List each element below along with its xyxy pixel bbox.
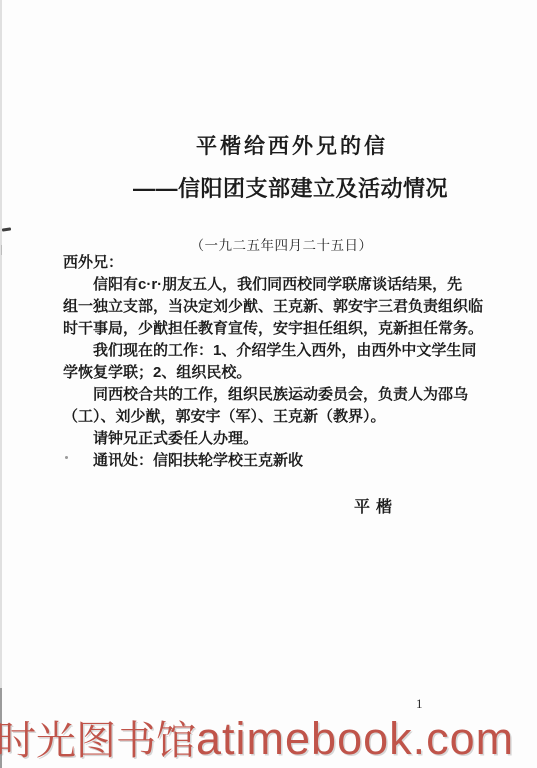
watermark-latin-text: atimebook.com [196, 713, 514, 765]
letter-line: 请钟兄正式委任人办理。 [63, 428, 487, 450]
letter-date: （一九二五年四月二十五日） [0, 234, 537, 254]
letter-line: 信阳有c·r·朋友五人，我们同西校同学联席谈话结果，先 [63, 274, 487, 296]
letter-line: 同西校合共的工作，组织民族运动委员会，负责人为邵乌 [63, 384, 487, 406]
watermark: 时光图书馆atimebook.com [0, 709, 514, 766]
letter-body: 西外兄： 信阳有c·r·朋友五人，我们同西校同学联席谈话结果，先 组一独立支部，… [63, 252, 487, 472]
letter-title: 平楷给西外兄的信 [0, 130, 537, 160]
letter-subtitle: ——信阳团支部建立及活动情况 [0, 172, 537, 203]
letter-line: 学恢复学联；2、组织民校。 [63, 362, 487, 384]
letter-line: 组一独立支部，当决定刘少猷、王克新、郭安宇三君负责组织临 [63, 296, 487, 318]
scan-artifact-tick [2, 227, 11, 231]
letter-line: 我们现在的工作：1、介绍学生入西外，由西外中文学生同 [63, 340, 487, 362]
signature: 平楷 [354, 494, 398, 517]
scanned-letter-page: 平楷给西外兄的信 ——信阳团支部建立及活动情况 （一九二五年四月二十五日） 西外… [0, 0, 537, 768]
letter-line: 时干事局，少猷担任教育宣传，安宇担任组织，克新担任常务。 [63, 318, 487, 340]
scan-edge-line [0, 0, 2, 768]
watermark-cjk-text: 时光图书馆 [0, 709, 196, 766]
letter-contact-line: 通讯处：信阳扶轮学校王克新收 [63, 450, 487, 472]
letter-salutation: 西外兄： [63, 252, 487, 274]
letter-line: （工）、刘少猷，郭安宇（军）、王克新（教界）。 [63, 406, 487, 428]
